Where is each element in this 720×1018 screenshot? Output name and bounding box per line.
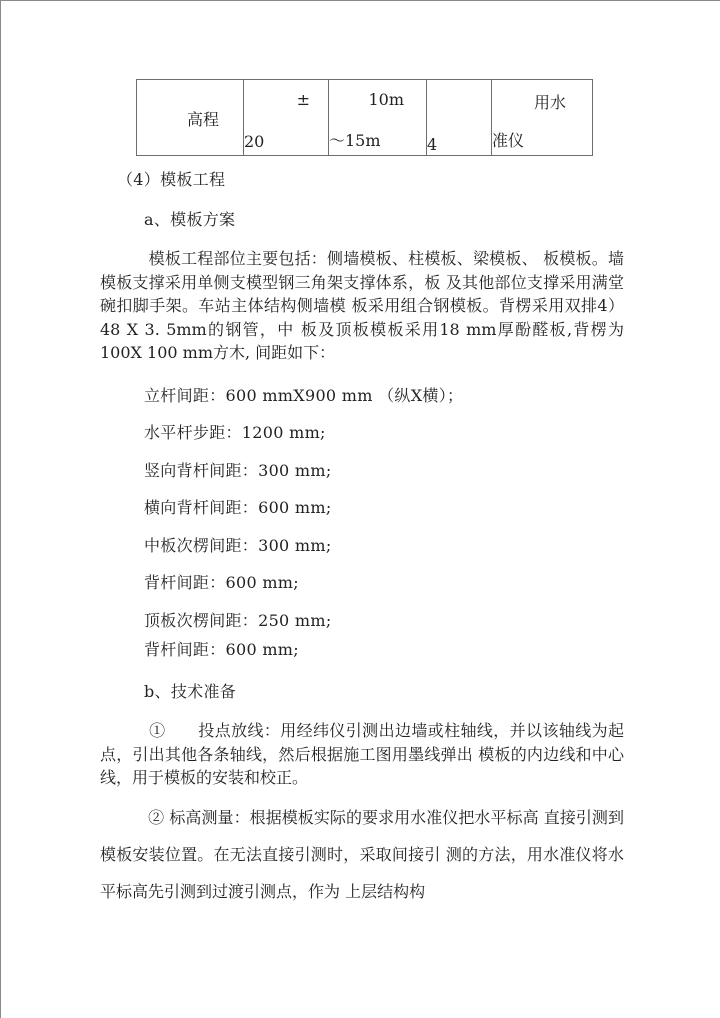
spec-line: 背杆间距：600 mm; (144, 637, 299, 660)
range-bottom: ～15m (329, 128, 381, 151)
spec-line: 中板次楞间距：300 mm; (144, 533, 332, 556)
page-border-left (0, 0, 1, 1018)
elevation-paragraph: ② 标高测量：根据模板实际的要求用水准仪把水平标高 直接引测到模板安装位置。在无… (100, 799, 624, 910)
cell-tolerance: ± 20 (244, 80, 329, 156)
method-top: 用水 (534, 90, 566, 113)
method-bottom: 准仪 (492, 128, 524, 151)
subsection-b-heading: b、技术准备 (144, 679, 236, 702)
spec-line: 竖向背杆间距：300 mm; (144, 458, 332, 481)
page-border-top (0, 0, 720, 1)
cell-method: 用水 准仪 (492, 80, 593, 156)
spec-line: 水平杆步距：1200 mm; (144, 420, 326, 443)
range-top: 10m (368, 90, 404, 109)
stakeout-paragraph: ① 投点放线：用经纬仪引测出边墙或柱轴线，并以该轴线为起点，引出其他各条轴线，然… (100, 719, 624, 790)
table-row: 高程 ± 20 10m ～15m 4 用水 准仪 (137, 80, 593, 156)
spec-line: 立杆间距：600 mmX900 mm （纵X横）； (144, 383, 463, 406)
cell-item: 高程 (137, 80, 244, 156)
cell-count: 4 (427, 80, 492, 156)
spec-line: 顶板次楞间距：250 mm; (144, 608, 332, 631)
count-value: 4 (427, 135, 437, 154)
spec-line: 背杆间距：600 mm; (144, 570, 299, 593)
cell-range: 10m ～15m (329, 80, 427, 156)
spec-line: 横向背杆间距：600 mm; (144, 495, 332, 518)
section-heading: （4）模板工程 (117, 167, 225, 190)
tolerance-table: 高程 ± 20 10m ～15m 4 用水 准仪 (136, 79, 593, 156)
item-label: 高程 (187, 107, 219, 130)
tolerance-sign: ± (297, 90, 310, 109)
tolerance-value: 20 (244, 132, 264, 151)
subsection-a-heading: a、模板方案 (144, 207, 235, 230)
scheme-paragraph: 模板工程部位主要包括：侧墙模板、柱模板、梁模板、 板模板。墙模板支撑采用单侧支模… (100, 247, 624, 365)
